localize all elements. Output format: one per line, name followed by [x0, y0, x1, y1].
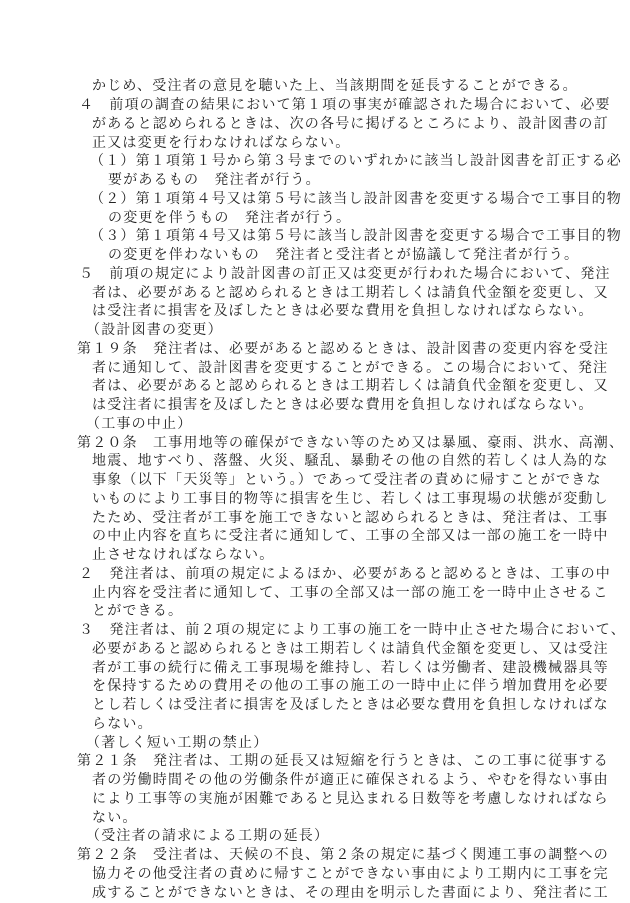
text-line: 正又は変更を行わなければならない。: [92, 135, 350, 151]
article-19-heading-line: 第１９条 発注者は、必要があると認めるときは、設計図書の変更内容を受注: [77, 341, 609, 357]
article-22-heading-line: 第２２条 受注者は、天候の不良、第２条の規定に基づく関連工事の調整への: [77, 847, 609, 863]
text-line: 者は、必要があると認められるときは工期若しくは請負代金額を変更し、又: [92, 285, 609, 301]
text-line: とができる。: [92, 603, 183, 619]
text-line: があると認められるときは、次の各号に掲げるところにより、設計図書の訂: [92, 116, 609, 132]
text-line: 成することができないときは、その理由を明示した書面により、発注者に工: [92, 885, 609, 901]
paragraph-3-line: ３ 発注者は、前２項の規定により工事の施工を一時中止させた場合において、: [79, 622, 626, 638]
text-line: いものにより工事目的物等に損害を生じ、若しくは工事現場の状態が変動し: [92, 491, 609, 507]
article-20-heading-line: 第２０条 工事用地等の確保ができない等のため又は暴風、豪雨、洪水、高潮、: [77, 435, 624, 451]
article-21-heading-line: 第２１条 発注者は、工期の延長又は短縮を行うときは、この工事に従事する: [77, 753, 609, 769]
text-line: 要があるもの 発注者が行う。: [108, 172, 321, 188]
text-line: らない。: [92, 716, 153, 732]
article-caption: （設計図書の変更）: [86, 322, 223, 338]
text-line: ない。: [92, 810, 138, 826]
text-line: の中止内容を直ちに受注者に通知して、工事の全部又は一部の施工を一時中: [92, 528, 609, 544]
article-caption: （著しく短い工期の禁止）: [86, 735, 268, 751]
text-line: かじめ、受注者の意見を聴いた上、当該期間を延長することができる。: [92, 78, 578, 94]
article-caption: （工事の中止）: [86, 416, 192, 432]
text-line: は受注者に損害を及ぼしたときは必要な費用を負担しなければならない。: [92, 303, 594, 319]
text-line: により工事等の実施が困難であると見込まれる日数等を考慮しなければなら: [92, 791, 609, 807]
text-line: たため、受注者が工事を施工できないと認められるときは、発注者は、工事: [92, 510, 608, 526]
text-line: 者に通知して、設計図書を変更することができる。この場合において、発注: [92, 360, 608, 376]
subitem-2-line: （２）第１項第４号又は第５号に該当し設計図書を変更する場合で工事目的物: [90, 191, 622, 207]
paragraph-5-line: ５ 前項の規定により設計図書の訂正又は変更が行われた場合において、発注: [79, 266, 611, 282]
text-line: 者は、必要があると認められるときは工期若しくは請負代金額を変更し、又: [92, 378, 609, 394]
text-line: 止内容を受注者に通知して、工事の全部又は一部の施工を一時中止させるこ: [92, 585, 609, 601]
paragraph-4-line: ４ 前項の調査の結果において第１項の事実が確認された場合において、必要: [79, 97, 611, 113]
text-line: 者の労働時間その他の労働条件が適正に確保されるよう、やむを得ない事由: [92, 772, 609, 788]
text-line: の変更を伴わないもの 発注者と受注者とが協議して発注者が行う。: [108, 247, 579, 263]
text-line: は受注者に損害を及ぼしたときは必要な費用を負担しなければならない。: [92, 397, 594, 413]
document-page: かじめ、受注者の意見を聴いた上、当該期間を延長することができる。 ４ 前項の調査…: [0, 0, 630, 903]
text-line: 地震、地すべり、落盤、火災、騒乱、暴動その他の自然的若しくは人為的な: [92, 453, 609, 469]
text-line: 事象（以下「天災等」という。）であって受注者の責めに帰すことができな: [92, 472, 602, 488]
article-caption: （受注者の請求による工期の延長）: [86, 828, 329, 844]
text-line: 止させなければならない。: [92, 547, 274, 563]
subitem-1-line: （１）第１項第１号から第３号までのいずれかに該当し設計図書を訂正する必: [90, 153, 622, 169]
paragraph-2-line: ２ 発注者は、前項の規定によるほか、必要があると認めるときは、工事の中: [79, 566, 611, 582]
text-line: 必要があると認められるときは工期若しくは請負代金額を変更し、又は受注: [92, 641, 609, 657]
text-line: 協力その他受注者の責めに帰すことができない事由により工期内に工事を完: [92, 866, 609, 882]
subitem-3-line: （３）第１項第４号又は第５号に該当し設計図書を変更する場合で工事目的物: [90, 228, 622, 244]
text-line: を保持するための費用その他の工事の施工の一時中止に伴う増加費用を必要: [92, 678, 609, 694]
text-line: とし若しくは受注者に損害を及ぼしたときは必要な費用を負担しなければな: [92, 697, 609, 713]
text-line: の変更を伴うもの 発注者が行う。: [108, 210, 351, 226]
text-line: 者が工事の続行に備え工事現場を維持し、若しくは労働者、建設機械器具等: [92, 660, 609, 676]
